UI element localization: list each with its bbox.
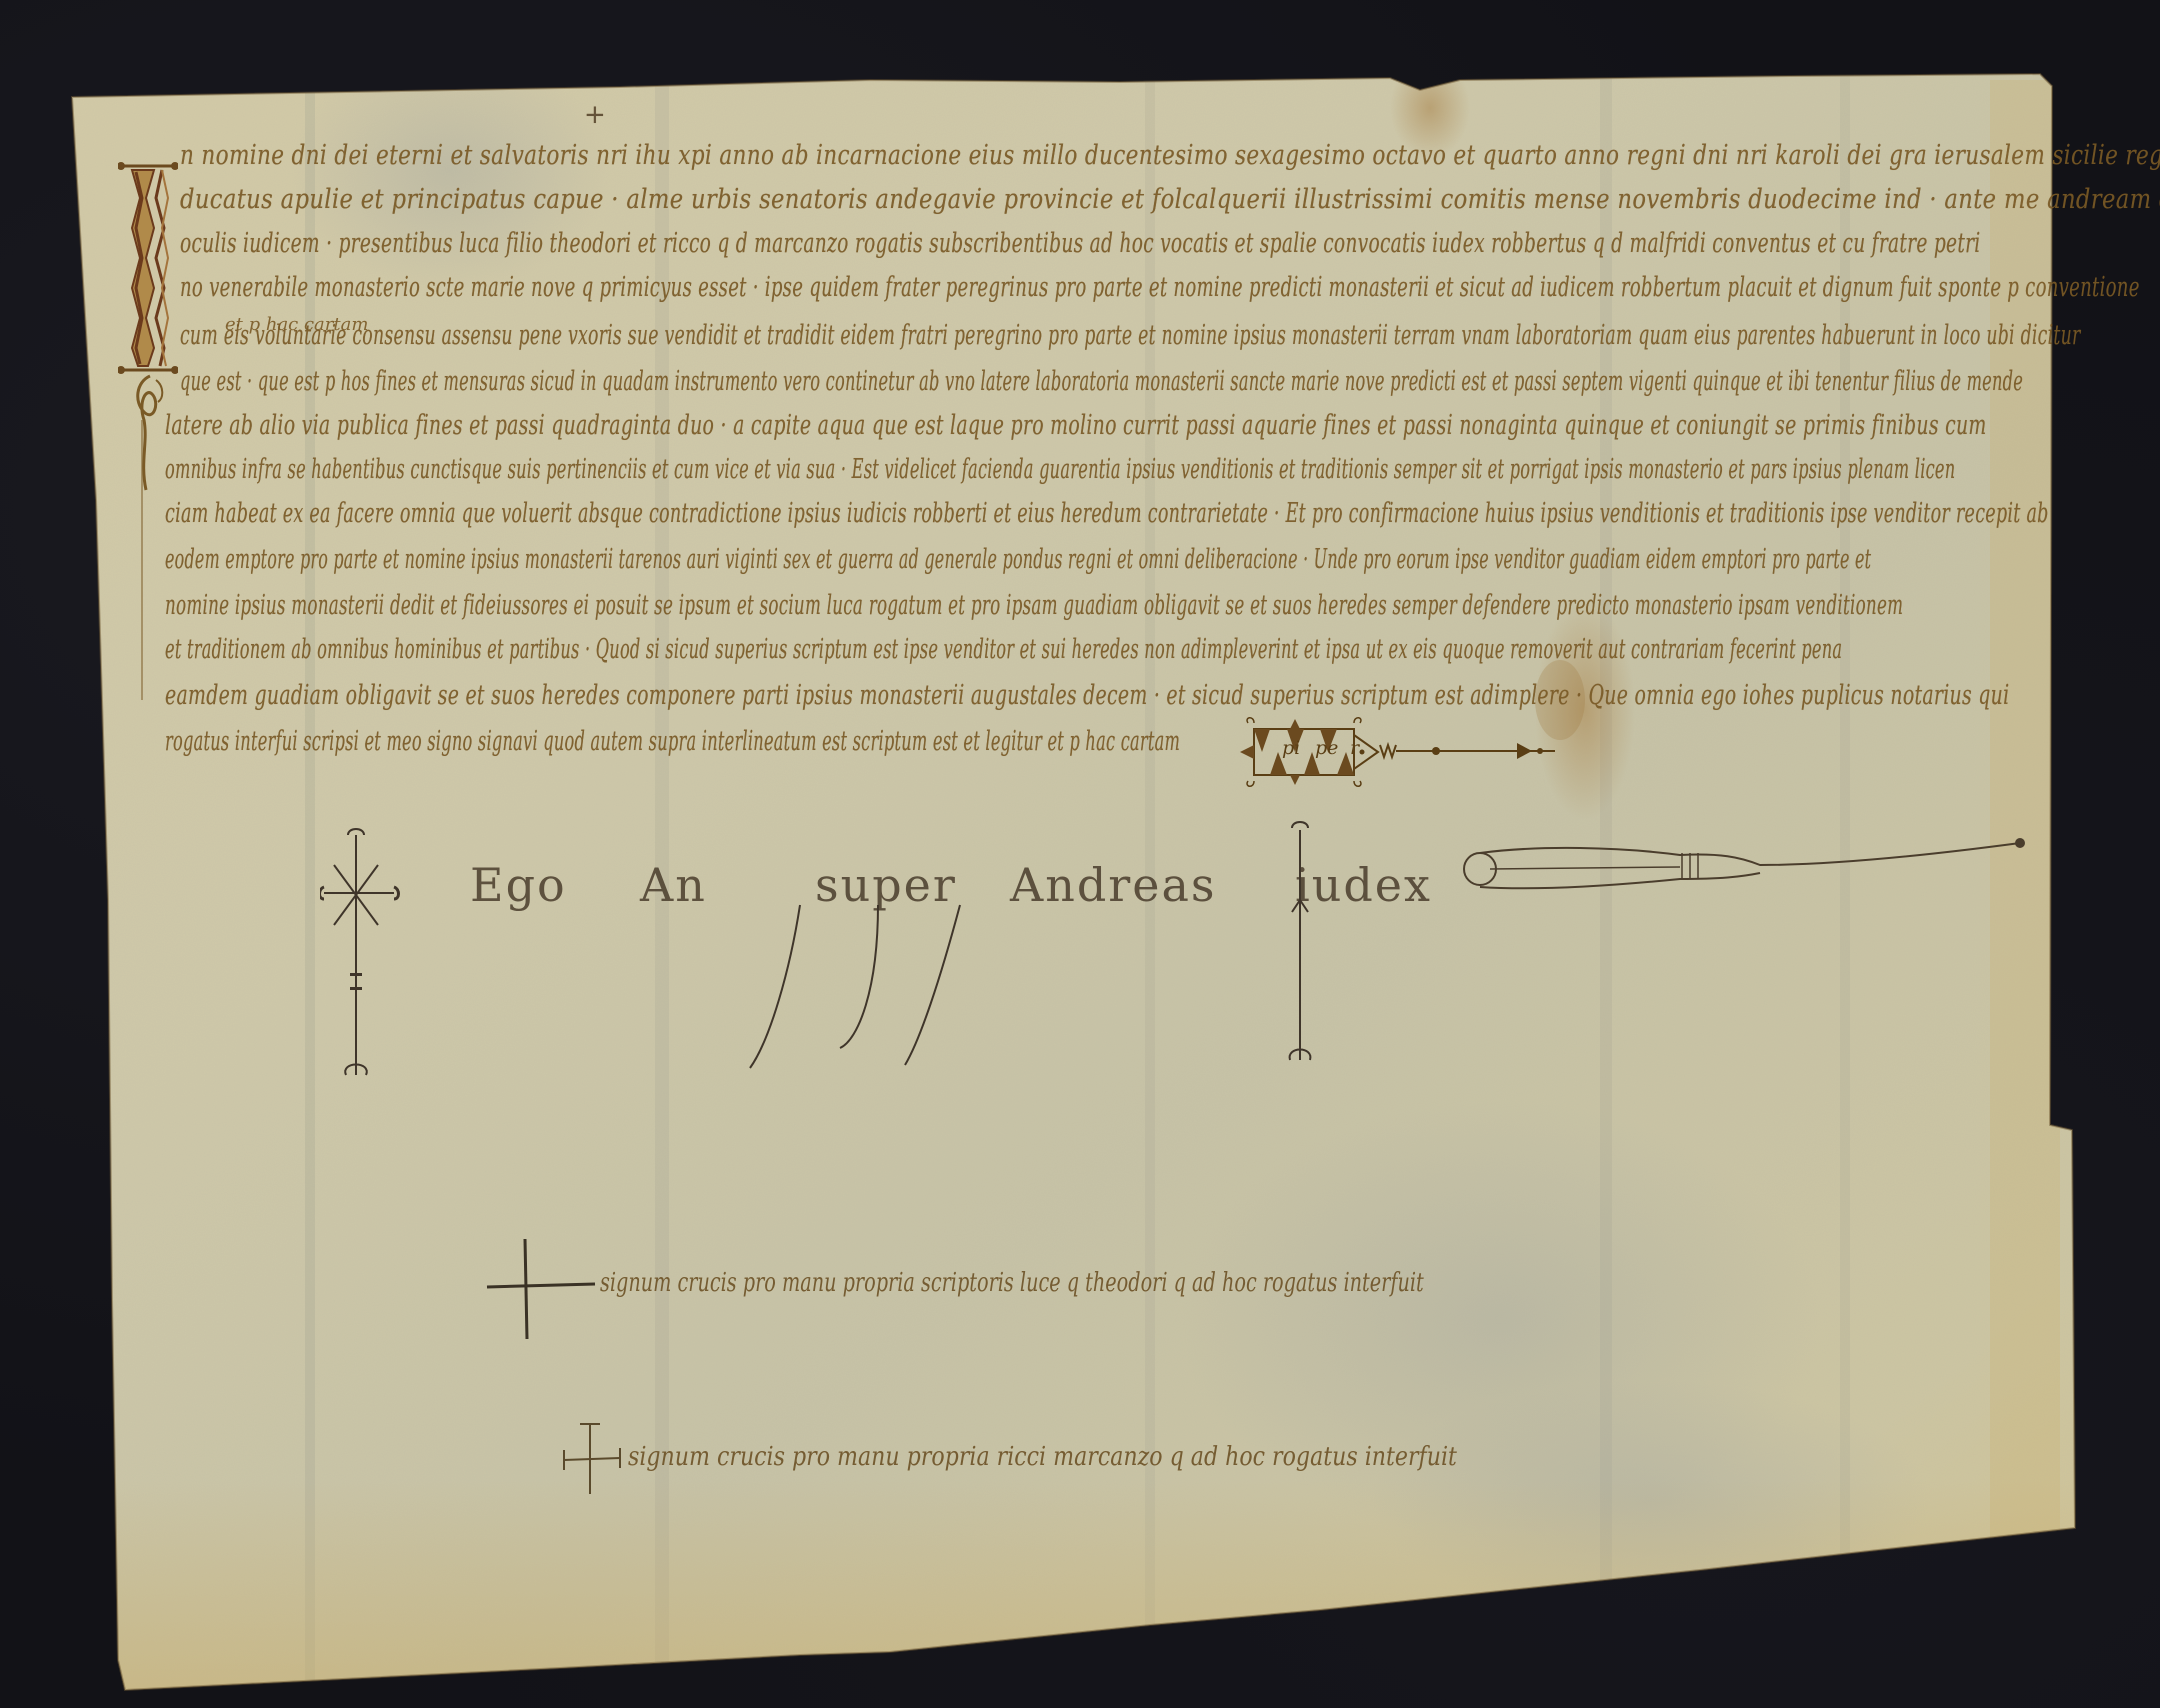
body-line-8: omnibus infra se habentibus cunctisque s…	[165, 454, 1955, 485]
body-line-12: et traditionem ab omnibus hominibus et p…	[165, 634, 1842, 665]
body-line-2: ducatus apulie et principatus capue · al…	[180, 184, 2160, 215]
judge-vertical-signum-icon	[1280, 820, 1320, 1070]
body-line-3: oculis iudicem · presentibus luca filio …	[180, 228, 1981, 259]
body-line-1: n nomine dni dei eterni et salvatoris nr…	[180, 140, 2160, 171]
body-line-7: latere ab alio via publica fines et pass…	[165, 410, 1987, 441]
body-line-4: no venerabile monasterio scte marie nove…	[180, 272, 2140, 303]
body-line-10: eodem emptore pro parte et nomine ipsius…	[165, 544, 1871, 575]
judge-signum-cross-icon	[320, 825, 400, 1085]
body-line-14: rogatus interfui scripsi et meo signo si…	[165, 726, 1180, 757]
body-line-9: ciam habeat ex ea facere omnia que volue…	[165, 498, 2049, 529]
body-line-11: nomine ipsius monasterii dedit et fideiu…	[165, 590, 1903, 621]
judge-subscription-word-2: An	[640, 858, 707, 912]
witness-2-subscription: signum crucis pro manu propria ricci mar…	[628, 1442, 1457, 1472]
notary-sign-cell-1: pi	[1282, 737, 1300, 759]
witness-1-cross-icon	[485, 1235, 605, 1345]
witness-1-subscription: signum crucis pro manu propria scriptori…	[600, 1268, 1424, 1298]
notary-sign-cell-3: r	[1350, 737, 1359, 759]
judge-subscription-word-4: Andreas	[1010, 858, 1217, 912]
notary-sign-cell-2: pe	[1315, 737, 1338, 759]
body-line-5: cum eis voluntarie consensu assensu pene…	[180, 320, 2081, 351]
subscription-descender-strokes	[740, 900, 1040, 1080]
body-line-13: eamdem guadiam obligavit se et suos here…	[165, 680, 2009, 711]
judge-flourish-icon	[1460, 835, 2040, 905]
judge-subscription-word-1: Ego	[470, 858, 567, 912]
body-line-6: que est · que est p hos fines et mensura…	[180, 366, 2023, 397]
